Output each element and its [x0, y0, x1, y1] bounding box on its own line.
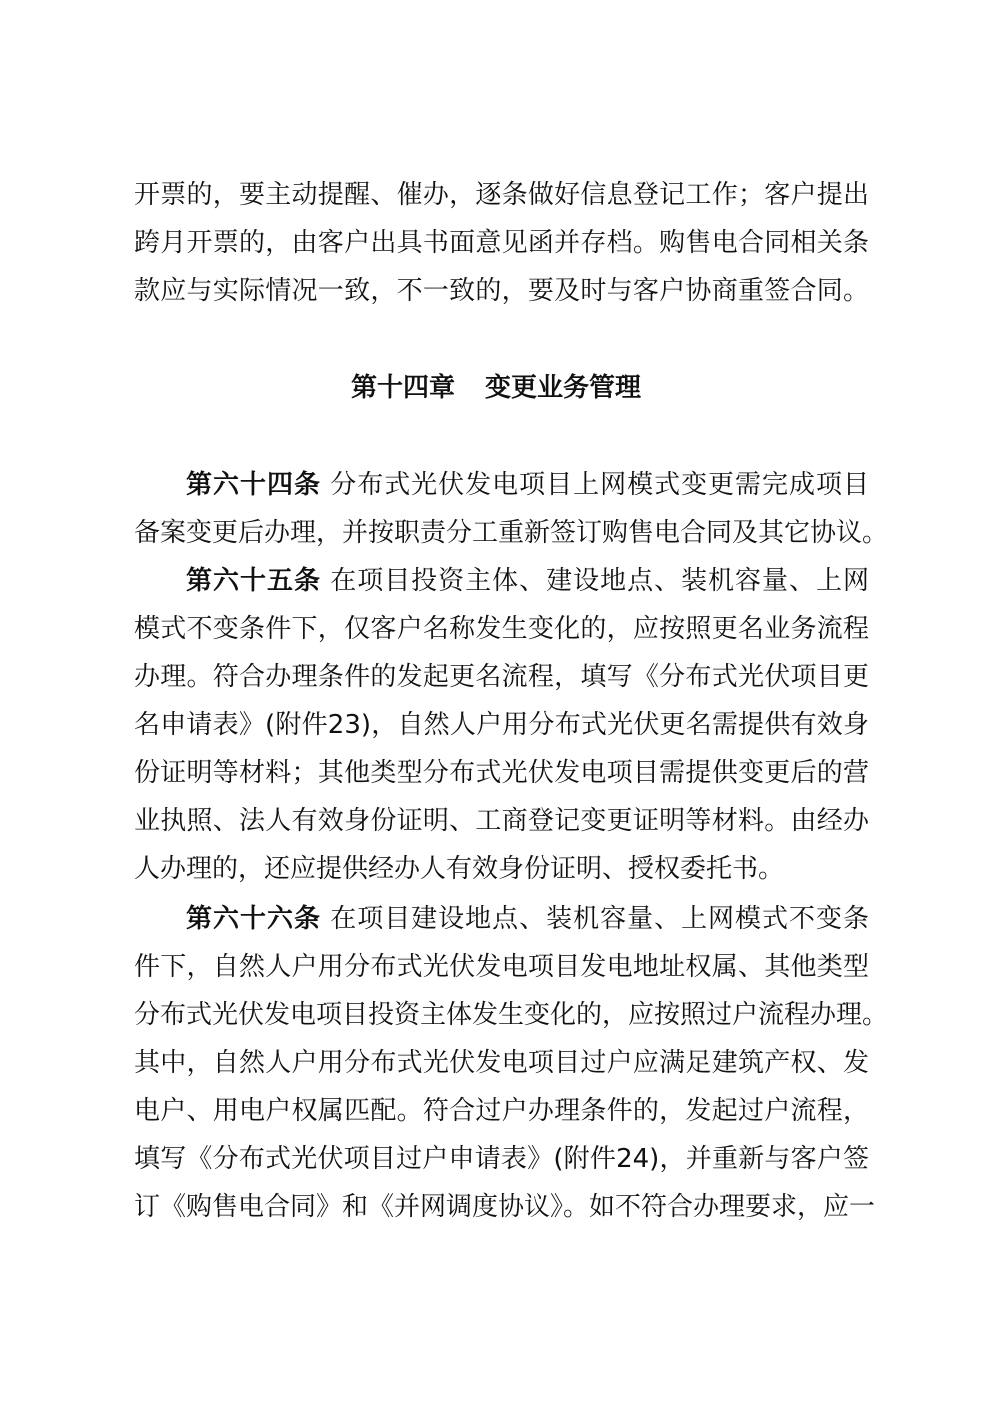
article-label: 第六十五条	[186, 566, 321, 596]
chapter-number: 第十四章	[351, 373, 455, 403]
chapter-heading: 第十四章变更业务管理	[0, 372, 992, 404]
paragraph-line: 其中，自然人户用分布式光伏发电项目过户应满足建筑产权、发	[134, 1048, 869, 1078]
article-text: 在项目建设地点、装机容量、上网模式不变条	[330, 904, 869, 934]
paragraph-line: 分布式光伏发电项目投资主体发生变化的，应按照过户流程办理。	[134, 1000, 869, 1030]
paragraph-line: 开票的，要主动提醒、催办，逐条做好信息登记工作；客户提出	[134, 180, 869, 210]
article-66-first-line: 第六十六条 在项目建设地点、装机容量、上网模式不变条	[186, 904, 869, 934]
paragraph-line: 业执照、法人有效身份证明、工商登记变更证明等材料。由经办	[134, 806, 869, 836]
paragraph-line: 订《购售电合同》和《并网调度协议》。如不符合办理要求，应一	[134, 1192, 869, 1222]
paragraph-line: 名申请表》(附件23)，自然人户用分布式光伏更名需提供有效身	[134, 710, 869, 740]
article-text: 在项目投资主体、建设地点、装机容量、上网	[330, 566, 869, 596]
document-page: 开票的，要主动提醒、催办，逐条做好信息登记工作；客户提出 跨月开票的，由客户出具…	[0, 0, 992, 1403]
paragraph-line: 模式不变条件下，仅客户名称发生变化的，应按照更名业务流程	[134, 614, 869, 644]
paragraph-line: 填写《分布式光伏项目过户申请表》(附件24)，并重新与客户签	[134, 1144, 869, 1174]
paragraph-line: 款应与实际情况一致，不一致的，要及时与客户协商重签合同。	[134, 276, 869, 306]
article-65-first-line: 第六十五条 在项目投资主体、建设地点、装机容量、上网	[186, 566, 869, 596]
paragraph-line: 件下，自然人户用分布式光伏发电项目发电地址权属、其他类型	[134, 952, 869, 982]
paragraph-line: 跨月开票的，由客户出具书面意见函并存档。购售电合同相关条	[134, 228, 869, 258]
article-label: 第六十六条	[186, 904, 321, 934]
paragraph-line: 办理。符合办理条件的发起更名流程，填写《分布式光伏项目更	[134, 662, 869, 692]
article-text: 分布式光伏发电项目上网模式变更需完成项目	[330, 470, 869, 500]
paragraph-line: 电户、用电户权属匹配。符合过户办理条件的，发起过户流程，	[134, 1096, 869, 1126]
paragraph-line: 备案变更后办理，并按职责分工重新签订购售电合同及其它协议。	[134, 518, 869, 548]
chapter-title: 变更业务管理	[485, 373, 641, 403]
article-label: 第六十四条	[186, 470, 321, 500]
article-64-first-line: 第六十四条 分布式光伏发电项目上网模式变更需完成项目	[186, 470, 869, 500]
paragraph-line: 份证明等材料；其他类型分布式光伏发电项目需提供变更后的营	[134, 758, 869, 788]
paragraph-line: 人办理的，还应提供经办人有效身份证明、授权委托书。	[134, 854, 869, 884]
